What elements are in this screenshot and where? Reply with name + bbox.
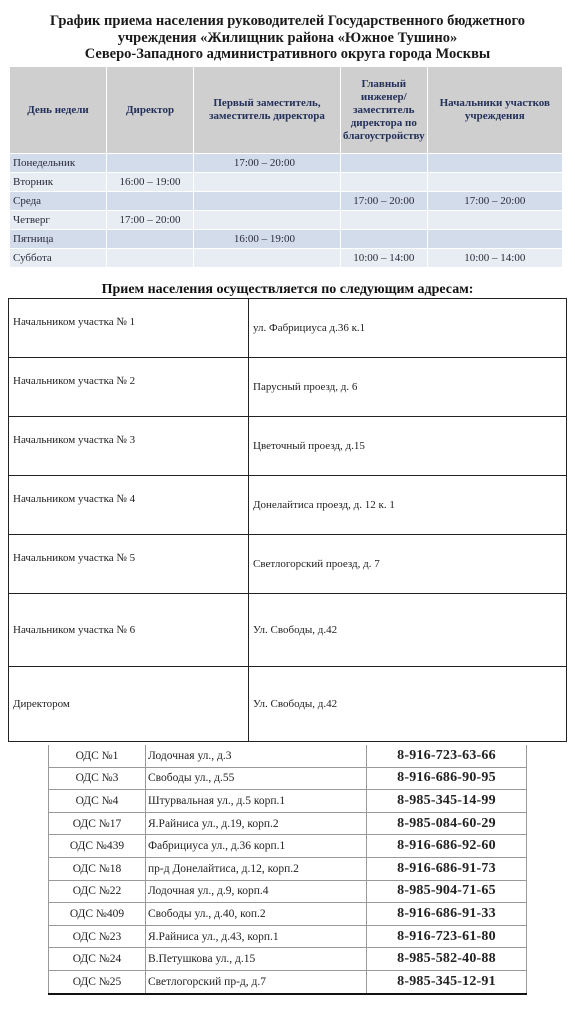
ods-code-cell: ОДС №22 bbox=[49, 880, 146, 903]
header-deputy: Первый заместитель, заместитель директор… bbox=[194, 67, 340, 153]
schedule-deputy-cell bbox=[194, 173, 340, 191]
schedule-deputy-cell bbox=[194, 211, 340, 229]
ods-code-cell: ОДС №24 bbox=[49, 948, 146, 971]
ods-street-cell: Лодочная ул., д.3 bbox=[146, 745, 367, 767]
address-location-cell: Ул. Свободы, д.42 bbox=[249, 667, 567, 742]
schedule-director-cell: 17:00 – 20:00 bbox=[107, 211, 193, 229]
address-row: Начальником участка № 1ул. Фабрициуса д.… bbox=[9, 299, 567, 358]
ods-row: ОДС №18пр-д Донелайтиса, д.12, корп.28-9… bbox=[49, 857, 527, 880]
schedule-engineer-cell bbox=[341, 154, 427, 172]
address-who-cell: Начальником участка № 4 bbox=[9, 476, 249, 535]
schedule-engineer-cell bbox=[341, 230, 427, 248]
schedule-day-cell: Четверг bbox=[10, 211, 106, 229]
address-location-cell: Ул. Свободы, д.42 bbox=[249, 594, 567, 667]
address-who-cell: Начальником участка № 2 bbox=[9, 358, 249, 417]
addresses-heading: Прием населения осуществляется по следую… bbox=[0, 282, 575, 298]
ods-phone-cell: 8-985-345-12-91 bbox=[367, 970, 527, 993]
header-site-chiefs: Начальники участков учреждения bbox=[428, 67, 562, 153]
address-who-text: Начальником участка № 1 bbox=[13, 316, 135, 328]
ods-code-cell: ОДС №23 bbox=[49, 925, 146, 948]
ods-street-cell: пр-д Донелайтиса, д.12, корп.2 bbox=[146, 857, 367, 880]
header-day: День недели bbox=[10, 67, 106, 153]
ods-street-cell: Лодочная ул., д.9, корп.4 bbox=[146, 880, 367, 903]
address-location-cell: Цветочный проезд, д.15 bbox=[249, 417, 567, 476]
ods-street-cell: Свободы ул., д.40, коп.2 bbox=[146, 903, 367, 926]
schedule-deputy-cell bbox=[194, 249, 340, 267]
address-row: Начальником участка № 2Парусный проезд, … bbox=[9, 358, 567, 417]
ods-row: ОДС №24В.Петушкова ул., д.158-985-582-40… bbox=[49, 948, 527, 971]
address-who-cell: Начальником участка № 5 bbox=[9, 535, 249, 594]
schedule-day-cell: Среда bbox=[10, 192, 106, 210]
ods-phone-cell: 8-916-686-92-60 bbox=[367, 835, 527, 858]
address-row: Начальником участка № 5Светлогорский про… bbox=[9, 535, 567, 594]
schedule-engineer-cell bbox=[341, 211, 427, 229]
address-who-cell: Директором bbox=[9, 667, 249, 742]
ods-street-cell: Свободы ул., д.55 bbox=[146, 767, 367, 790]
ods-code-cell: ОДС №4 bbox=[49, 790, 146, 813]
title-line-3: Северо-Западного административного округ… bbox=[0, 46, 575, 63]
address-who-text: Начальником участка № 6 bbox=[13, 624, 135, 636]
ods-code-cell: ОДС №1 bbox=[49, 745, 146, 767]
schedule-engineer-cell: 10:00 – 14:00 bbox=[341, 249, 427, 267]
schedule-row: Вторник16:00 – 19:00 bbox=[10, 173, 562, 191]
ods-row: ОДС №23Я.Райниса ул., д.43, корп.18-916-… bbox=[49, 925, 527, 948]
schedule-row: Понедельник17:00 – 20:00 bbox=[10, 154, 562, 172]
header-chief-engineer: Главный инженер/заместитель директора по… bbox=[341, 67, 427, 153]
ods-street-cell: В.Петушкова ул., д.15 bbox=[146, 948, 367, 971]
ods-row: ОДС №25Светлогорский пр-д, д.78-985-345-… bbox=[49, 970, 527, 993]
address-who-text: Начальником участка № 4 bbox=[13, 493, 135, 505]
title-line-1: График приема населения руководителей Го… bbox=[0, 13, 575, 30]
document-title: График приема населения руководителей Го… bbox=[0, 13, 575, 63]
schedule-day-cell: Вторник bbox=[10, 173, 106, 191]
address-location-cell: ул. Фабрициуса д.36 к.1 bbox=[249, 299, 567, 358]
address-row: Начальником участка № 4Донелайтиса проез… bbox=[9, 476, 567, 535]
schedule-row: Суббота10:00 – 14:0010:00 – 14:00 bbox=[10, 249, 562, 267]
schedule-table: День недели Директор Первый заместитель,… bbox=[9, 66, 563, 268]
schedule-row: Четверг17:00 – 20:00 bbox=[10, 211, 562, 229]
ods-code-cell: ОДС №18 bbox=[49, 857, 146, 880]
ods-row: ОДС №3Свободы ул., д.558-916-686-90-95 bbox=[49, 767, 527, 790]
schedule-engineer-cell: 17:00 – 20:00 bbox=[341, 192, 427, 210]
ods-row: ОДС №17Я.Райниса ул., д.19, корп.28-985-… bbox=[49, 812, 527, 835]
ods-row: ОДС №439Фабрициуса ул., д.36 корп.18-916… bbox=[49, 835, 527, 858]
ods-row: ОДС №22Лодочная ул., д.9, корп.48-985-90… bbox=[49, 880, 527, 903]
schedule-chiefs-cell bbox=[428, 211, 562, 229]
ods-phone-cell: 8-985-904-71-65 bbox=[367, 880, 527, 903]
schedule-director-cell bbox=[107, 192, 193, 210]
ods-phone-cell: 8-916-723-63-66 bbox=[367, 745, 527, 767]
schedule-chiefs-cell bbox=[428, 230, 562, 248]
title-line-2: учреждения «Жилищник района «Южное Тушин… bbox=[0, 30, 575, 47]
ods-row: ОДС №4Штурвальная ул., д.5 корп.18-985-3… bbox=[49, 790, 527, 813]
schedule-deputy-cell bbox=[194, 192, 340, 210]
ods-code-cell: ОДС №439 bbox=[49, 835, 146, 858]
ods-code-cell: ОДС №17 bbox=[49, 812, 146, 835]
schedule-director-cell bbox=[107, 230, 193, 248]
schedule-chiefs-cell bbox=[428, 173, 562, 191]
schedule-chiefs-cell: 17:00 – 20:00 bbox=[428, 192, 562, 210]
schedule-deputy-cell: 17:00 – 20:00 bbox=[194, 154, 340, 172]
schedule-row: Среда17:00 – 20:0017:00 – 20:00 bbox=[10, 192, 562, 210]
ods-row: ОДС №1Лодочная ул., д.38-916-723-63-66 bbox=[49, 745, 527, 767]
ods-phone-cell: 8-985-345-14-99 bbox=[367, 790, 527, 813]
ods-row: ОДС №409Свободы ул., д.40, коп.28-916-68… bbox=[49, 903, 527, 926]
ods-street-cell: Я.Райниса ул., д.19, корп.2 bbox=[146, 812, 367, 835]
address-row: Начальником участка № 3Цветочный проезд,… bbox=[9, 417, 567, 476]
ods-street-cell: Я.Райниса ул., д.43, корп.1 bbox=[146, 925, 367, 948]
ods-street-cell: Штурвальная ул., д.5 корп.1 bbox=[146, 790, 367, 813]
schedule-day-cell: Суббота bbox=[10, 249, 106, 267]
schedule-director-cell bbox=[107, 154, 193, 172]
ods-street-cell: Светлогорский пр-д, д.7 bbox=[146, 970, 367, 993]
ods-phone-cell: 8-916-686-90-95 bbox=[367, 767, 527, 790]
header-director: Директор bbox=[107, 67, 193, 153]
schedule-chiefs-cell bbox=[428, 154, 562, 172]
address-location-cell: Донелайтиса проезд, д. 12 к. 1 bbox=[249, 476, 567, 535]
schedule-deputy-cell: 16:00 – 19:00 bbox=[194, 230, 340, 248]
ods-phone-cell: 8-916-686-91-33 bbox=[367, 903, 527, 926]
ods-code-cell: ОДС №25 bbox=[49, 970, 146, 993]
ods-phone-cell: 8-916-686-91-73 bbox=[367, 857, 527, 880]
address-location-cell: Светлогорский проезд, д. 7 bbox=[249, 535, 567, 594]
ods-table: ОДС №1Лодочная ул., д.38-916-723-63-66ОД… bbox=[48, 745, 527, 995]
address-row: ДиректоромУл. Свободы, д.42 bbox=[9, 667, 567, 742]
schedule-row: Пятница16:00 – 19:00 bbox=[10, 230, 562, 248]
address-who-cell: Начальником участка № 3 bbox=[9, 417, 249, 476]
schedule-day-cell: Пятница bbox=[10, 230, 106, 248]
ods-phone-cell: 8-985-582-40-88 bbox=[367, 948, 527, 971]
schedule-header-row: День недели Директор Первый заместитель,… bbox=[10, 67, 562, 153]
schedule-day-cell: Понедельник bbox=[10, 154, 106, 172]
ods-street-cell: Фабрициуса ул., д.36 корп.1 bbox=[146, 835, 367, 858]
address-location-cell: Парусный проезд, д. 6 bbox=[249, 358, 567, 417]
address-who-text: Начальником участка № 5 bbox=[13, 552, 135, 564]
address-who-text: Начальником участка № 2 bbox=[13, 375, 135, 387]
address-who-cell: Начальником участка № 1 bbox=[9, 299, 249, 358]
address-row: Начальником участка № 6Ул. Свободы, д.42 bbox=[9, 594, 567, 667]
address-who-text: Начальником участка № 3 bbox=[13, 434, 135, 446]
ods-code-cell: ОДС №3 bbox=[49, 767, 146, 790]
address-who-text: Директором bbox=[13, 698, 70, 710]
schedule-engineer-cell bbox=[341, 173, 427, 191]
ods-phone-cell: 8-985-084-60-29 bbox=[367, 812, 527, 835]
schedule-director-cell: 16:00 – 19:00 bbox=[107, 173, 193, 191]
address-who-cell: Начальником участка № 6 bbox=[9, 594, 249, 667]
ods-phone-cell: 8-916-723-61-80 bbox=[367, 925, 527, 948]
schedule-director-cell bbox=[107, 249, 193, 267]
ods-code-cell: ОДС №409 bbox=[49, 903, 146, 926]
schedule-chiefs-cell: 10:00 – 14:00 bbox=[428, 249, 562, 267]
addresses-table: Начальником участка № 1ул. Фабрициуса д.… bbox=[8, 298, 567, 742]
